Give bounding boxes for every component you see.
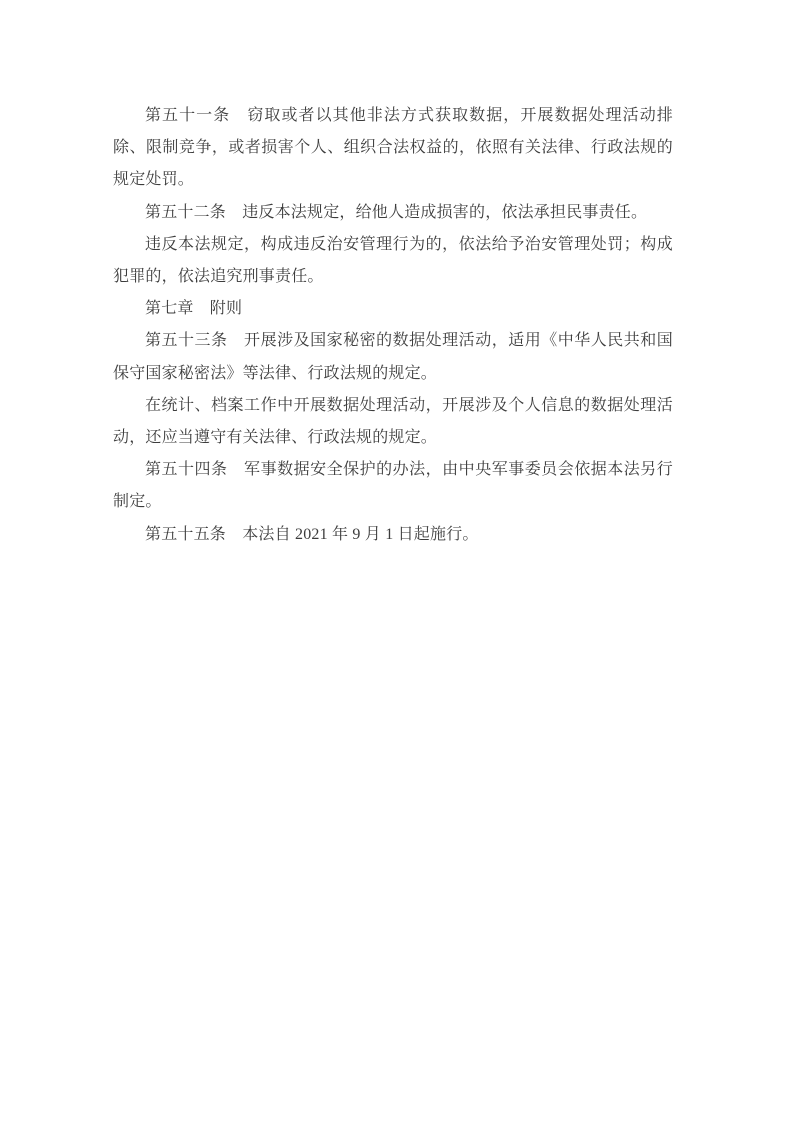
law-paragraph: 第五十五条 本法自 2021 年 9 月 1 日起施行。: [113, 519, 673, 551]
law-paragraph: 第五十一条 窃取或者以其他非法方式获取数据，开展数据处理活动排除、限制竞争，或者…: [113, 100, 673, 197]
law-paragraph: 第五十四条 军事数据安全保护的办法，由中央军事委员会依据本法另行制定。: [113, 454, 673, 518]
document-body: 第五十一条 窃取或者以其他非法方式获取数据，开展数据处理活动排除、限制竞争，或者…: [113, 100, 673, 551]
document-page: 第五十一条 窃取或者以其他非法方式获取数据，开展数据处理活动排除、限制竞争，或者…: [0, 0, 793, 1122]
law-paragraph: 在统计、档案工作中开展数据处理活动，开展涉及个人信息的数据处理活动，还应当遵守有…: [113, 390, 673, 454]
law-paragraph: 第五十二条 违反本法规定，给他人造成损害的，依法承担民事责任。: [113, 197, 673, 229]
chapter-heading: 第七章 附则: [113, 293, 673, 325]
law-paragraph: 违反本法规定，构成违反治安管理行为的，依法给予治安管理处罚；构成犯罪的，依法追究…: [113, 229, 673, 293]
law-paragraph: 第五十三条 开展涉及国家秘密的数据处理活动，适用《中华人民共和国保守国家秘密法》…: [113, 325, 673, 389]
